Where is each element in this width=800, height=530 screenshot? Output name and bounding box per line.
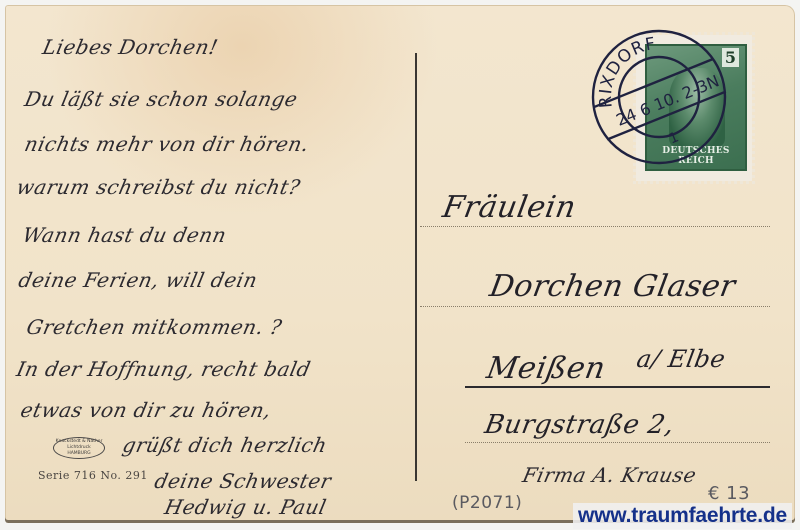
pencil-catalog-note: (P2071): [452, 493, 522, 513]
printer-logo: Knackstedt & Näther Lichtdruck HAMBURG: [53, 437, 105, 459]
message-greeting: Liebes Dorchen!: [40, 35, 220, 59]
postmark-icon: RIXDORF 24 6 10. 2-3N 1: [589, 27, 729, 167]
pencil-price-note: € 13: [708, 483, 750, 504]
address-line-2: [420, 306, 770, 307]
address-name: Dorchen Glaser: [487, 269, 738, 304]
watermark-link[interactable]: www.traumfaehrte.de: [573, 503, 792, 529]
message-line: grüßt dich herzlich: [120, 433, 329, 457]
address-line-1: [420, 226, 770, 227]
address-street: Burgstraße 2,: [482, 410, 676, 440]
message-line: deine Schwester: [152, 469, 333, 493]
address-city-suffix: a/ Elbe: [635, 345, 728, 373]
message-line: etwas von dir zu hören,: [18, 398, 273, 422]
series-number: Serie 716 No. 291: [38, 469, 148, 482]
message-line: Gretchen mitkommen. ?: [24, 315, 284, 339]
message-line: warum schreibst du nicht?: [14, 175, 302, 199]
message-line: Wann hast du denn: [20, 223, 228, 247]
message-line: deine Ferien, will dein: [16, 268, 259, 292]
address-care-of: Firma A. Krause: [520, 463, 698, 487]
postcard-back: Liebes Dorchen! Du läßt sie schon solang…: [5, 5, 795, 523]
center-divider: [415, 53, 417, 481]
address-line-3: [465, 386, 770, 388]
message-signature: Hedwig u. Paul: [162, 495, 328, 519]
address-salutation: Fräulein: [440, 190, 579, 225]
address-line-4: [465, 442, 770, 443]
address-city: Meißen: [484, 351, 608, 386]
printer-city: HAMBURG: [54, 451, 104, 457]
message-line: In der Hoffnung, recht bald: [14, 357, 313, 381]
message-line: nichts mehr von dir hören.: [22, 132, 311, 156]
message-line: Du läßt sie schon solange: [22, 87, 300, 111]
